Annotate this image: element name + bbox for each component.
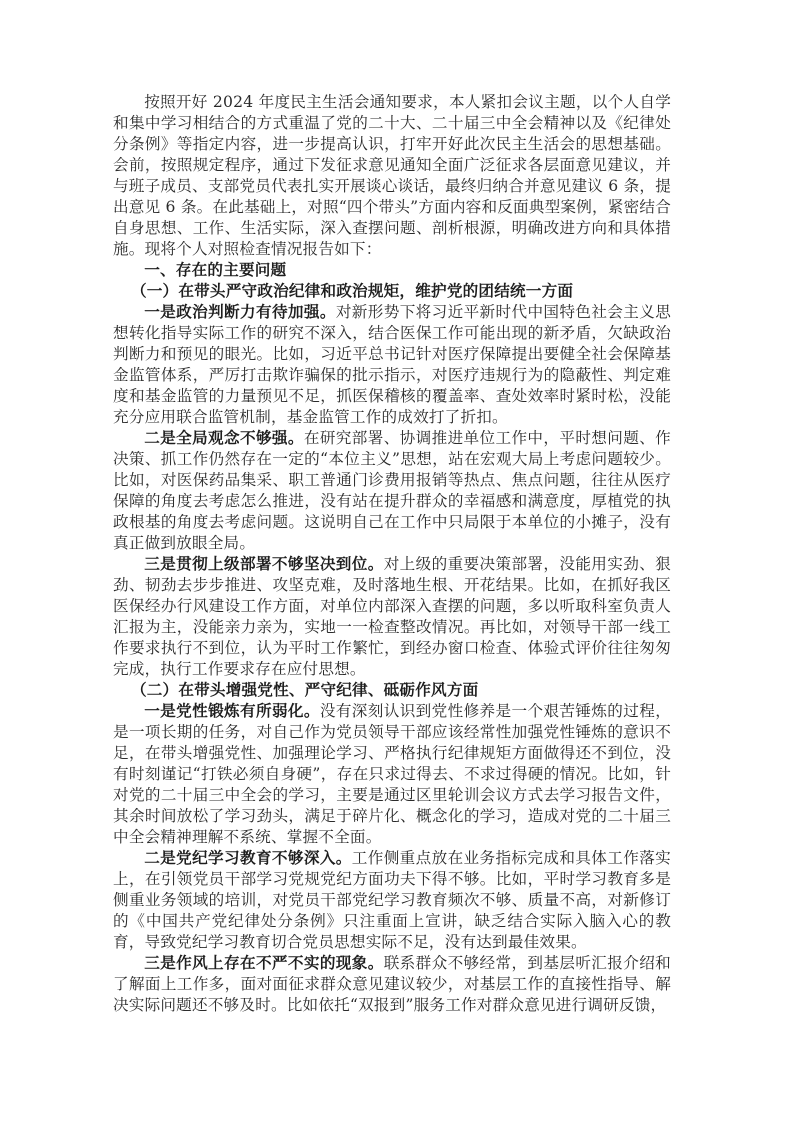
problem-paragraph: 三是作风上存在不严不实的现象。联系群众不够经常，到基层听汇报介绍和了解面上工作多… — [113, 953, 671, 1016]
paragraph-body: 在研究部署、协调推进单位工作中，平时想问题、作决策、抓工作仍然存在一定的“本位主… — [113, 429, 671, 552]
intro-paragraph: 按照开好 2024 年度民主生活会通知要求，本人紧扣会议主题，以个人自学和集中学… — [113, 92, 671, 260]
paragraph-lead: 二是党纪学习教育不够深入。 — [144, 849, 352, 867]
problem-paragraph: 一是党性锻炼有所弱化。没有深刻认识到党性修养是一个艰苦锤炼的过程，是一项长期的任… — [113, 701, 671, 848]
subsection-heading-political-discipline: （一）在带头严守政治纪律和政治规矩，维护党的团结统一方面 — [113, 281, 671, 302]
paragraph-body: 对新形势下将习近平新时代中国特色社会主义思想转化指导实际工作的研究不深入，结合医… — [113, 303, 671, 426]
problem-paragraph: 一是政治判断力有待加强。对新形势下将习近平新时代中国特色社会主义思想转化指导实际… — [113, 302, 671, 428]
problem-paragraph: 二是全局观念不够强。在研究部署、协调推进单位工作中，平时想问题、作决策、抓工作仍… — [113, 428, 671, 554]
paragraph-lead: 一是党性锻炼有所弱化。 — [144, 702, 320, 720]
paragraph-lead: 二是全局观念不够强。 — [144, 429, 304, 447]
paragraph-body: 没有深刻认识到党性修养是一个艰苦锤炼的过程，是一项长期的任务，对自己作为党员领导… — [113, 702, 671, 846]
problem-paragraph: 三是贯彻上级部署不够坚决到位。对上级的重要决策部署，没能用实劲、狠劲、韧劲去步步… — [113, 554, 671, 680]
document-page: 按照开好 2024 年度民主生活会通知要求，本人紧扣会议主题，以个人自学和集中学… — [113, 92, 671, 1016]
section-heading-problems: 一、存在的主要问题 — [113, 260, 671, 281]
subsection-heading-party-spirit: （二）在带头增强党性、严守纪律、砥砺作风方面 — [113, 680, 671, 701]
paragraph-body: 对上级的重要决策部署，没能用实劲、狠劲、韧劲去步步推进、攻坚克难，及时落地生根、… — [113, 555, 671, 678]
paragraph-lead: 三是贯彻上级部署不够坚决到位。 — [144, 555, 384, 573]
paragraph-lead: 一是政治判断力有待加强。 — [144, 303, 336, 321]
problem-paragraph: 二是党纪学习教育不够深入。工作侧重点放在业务指标完成和具体工作落实上，在引领党员… — [113, 848, 671, 953]
paragraph-lead: 三是作风上存在不严不实的现象。 — [144, 954, 384, 972]
